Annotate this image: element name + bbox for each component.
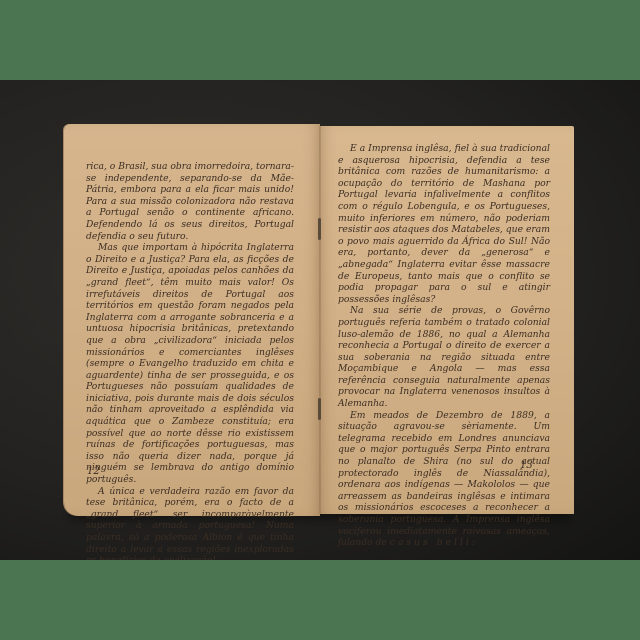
right-page: E a Imprensa inglêsa, fiel à sua tradici… xyxy=(320,126,574,514)
paragraph: rica, o Brasil, sua obra imorredoira, to… xyxy=(86,161,294,242)
paragraph: A única e verdadeira razão em favor da t… xyxy=(86,486,294,567)
paragraph-text: Em meados de Dezembro de 1889, a situaçã… xyxy=(338,410,550,549)
page-number: 12 xyxy=(87,466,100,477)
paragraph: E a Imprensa inglêsa, fiel à sua tradici… xyxy=(338,143,550,305)
left-page-text: rica, o Brasil, sua obra imorredoira, to… xyxy=(86,161,294,567)
closing-phrase: casus belli: xyxy=(390,537,478,548)
right-page-text: E a Imprensa inglêsa, fiel à sua tradici… xyxy=(338,143,550,549)
bottom-band xyxy=(0,560,640,640)
top-band xyxy=(0,0,640,80)
left-page: rica, o Brasil, sua obra imorredoira, to… xyxy=(64,124,320,516)
paragraph: Na sua série de provas, o Govêrno portug… xyxy=(338,305,550,409)
staple-icon xyxy=(318,218,321,240)
paragraph: Mas que importam à hipócrita Inglaterra … xyxy=(86,242,294,485)
page-number: 13 xyxy=(520,460,533,471)
staple-icon xyxy=(318,398,321,420)
binding-fold xyxy=(319,126,321,514)
paragraph: Em meados de Dezembro de 1889, a situaçã… xyxy=(338,410,550,549)
